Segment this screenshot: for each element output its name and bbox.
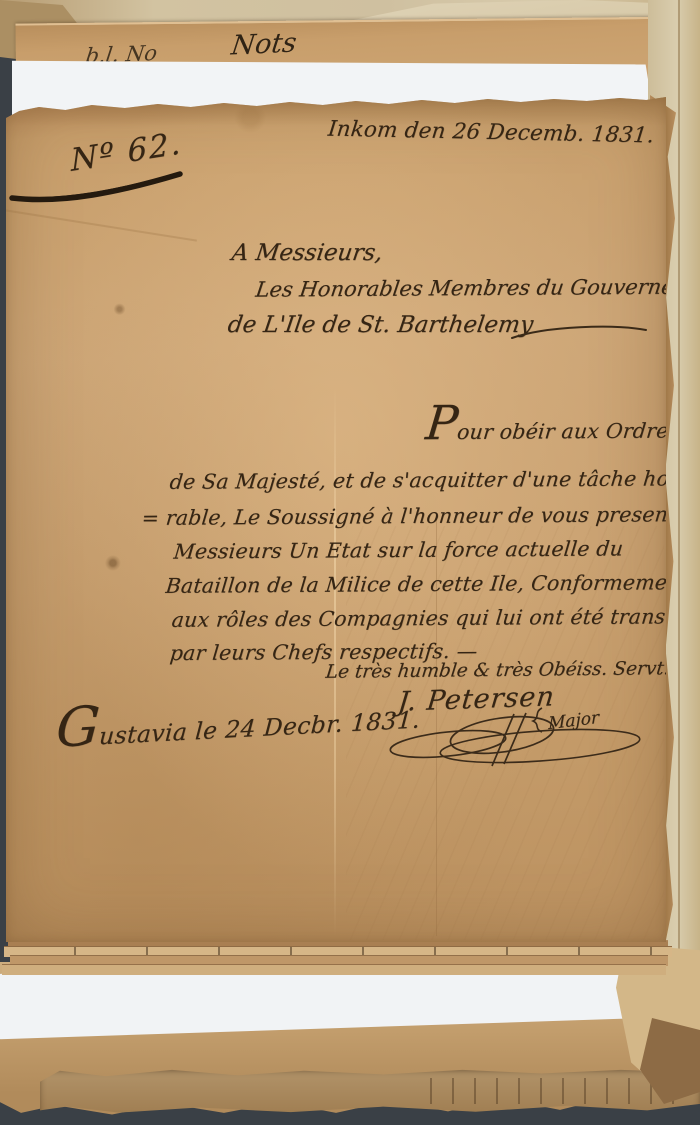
body-line-2: de Sa Majesté, et de s'acquitter d'une t… bbox=[169, 466, 700, 494]
main-document-page: Inkom den 26 Decemb. 1831. Nº 62. A Mess… bbox=[6, 96, 666, 942]
body-line-5: Bataillon de la Milice de cette Ile, Con… bbox=[165, 570, 691, 598]
address-line-2: de L'Ile de St. Barthelemy bbox=[226, 312, 535, 338]
page-edge-line-right bbox=[678, 0, 680, 1010]
address-line-1: Les Honorables Membres du Gouvernement bbox=[254, 274, 700, 301]
paper-crease bbox=[0, 208, 197, 241]
address-dash-flourish bbox=[510, 322, 650, 344]
body-line-4: Messieurs Un Etat sur la force actuelle … bbox=[173, 536, 625, 563]
number-underline-flourish bbox=[8, 168, 188, 206]
signature-brace-flourish bbox=[530, 706, 546, 734]
address-salutation: A Messieurs, bbox=[230, 240, 384, 266]
archive-photo: b.l. No Nots Inkom den 26 Decemb. 1831. … bbox=[0, 0, 700, 1125]
body-line-6: aux rôles des Compagnies qui lui ont été… bbox=[171, 604, 700, 632]
closing-line: Le très humble & très Obéiss. Servt. bbox=[325, 658, 671, 683]
body-line-3: = rable, Le Soussigné à l'honneur de vou… bbox=[141, 502, 700, 530]
note-fragment-right: Nots bbox=[230, 28, 299, 62]
page-edge-strip bbox=[2, 964, 666, 975]
signature-flourish bbox=[384, 710, 656, 770]
body-line-1: Pour obéir aux Ordres Gracieux bbox=[424, 405, 700, 444]
